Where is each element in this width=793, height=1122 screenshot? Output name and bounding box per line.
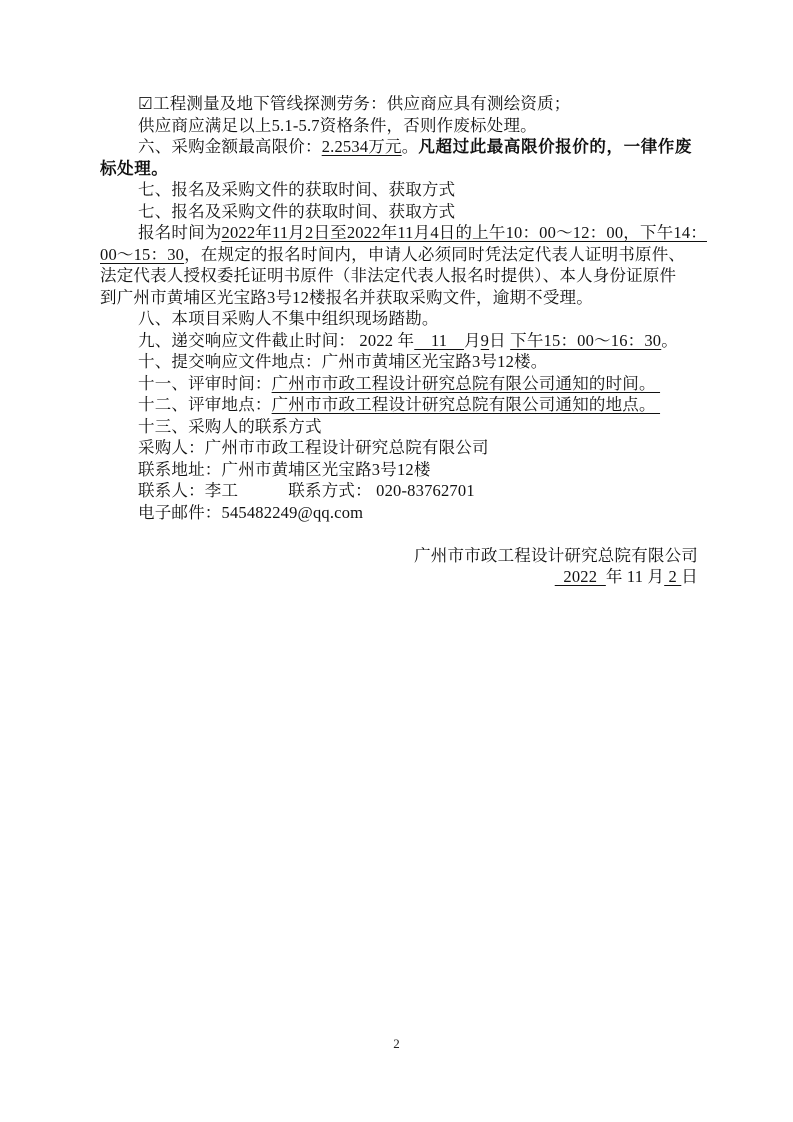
text-line: 十、提交响应文件地点：广州市黄埔区光宝路3号12楼。 [100,351,716,373]
text-run: 日 [681,567,698,586]
blank-line [100,523,716,545]
text-run: 到广州市黄埔区光宝路3号12楼报名并获取采购文件，逾期不受理。 [100,288,593,307]
text-run: 凡超过此最高限价报价的，一律作废 [418,137,692,156]
text-run: 联系人：李工 联系方式： 020-83762701 [138,481,475,500]
document-body: ☑工程测量及地下管线探测劳务：供应商应具有测绘资质；供应商应满足以上5.1-5.… [100,93,716,588]
text-run: 十二、评审地点： [138,395,272,414]
text-run: 九、递交响应文件截止时间： 2022 年 [138,331,414,350]
text-run: 广州市市政工程设计研究总院有限公司 [414,546,698,565]
text-line: 广州市市政工程设计研究总院有限公司 [100,545,716,567]
text-line: 六、采购金额最高限价：2.2534万元。凡超过此最高限价报价的，一律作废 [100,136,716,158]
text-line: 联系地址：广州市黄埔区光宝路3号12楼 [100,459,716,481]
text-run: 供应商应满足以上5.1-5.7资格条件，否则作废标处理。 [138,116,537,135]
text-run: 采购人：广州市市政工程设计研究总院有限公司 [138,438,489,457]
text-run: 00～15：30 [100,245,184,264]
text-run: 2.2534万元 [322,137,402,156]
text-run: 七、报名及采购文件的获取时间、获取方式 [138,180,455,199]
text-run: 2022年11月2日至2022年11月4日的上午10：00～12：00，下午14… [222,223,707,242]
text-line: 七、报名及采购文件的获取时间、获取方式 [100,201,716,223]
text-line: 2022 年 11 月 2 日 [100,566,716,588]
text-line: 法定代表人授权委托证明书原件（非法定代表人报名时提供）、本人身份证原件 [100,265,716,287]
text-line: 联系人：李工 联系方式： 020-83762701 [100,480,716,502]
text-run: 月 [464,331,481,350]
text-run: ，在规定的报名时间内，申请人必须同时凭法定代表人证明书原件、 [184,245,685,264]
text-line: 到广州市黄埔区光宝路3号12楼报名并获取采购文件，逾期不受理。 [100,287,716,309]
text-run: 十、提交响应文件地点：广州市黄埔区光宝路3号12楼。 [138,352,547,371]
text-line: 采购人：广州市市政工程设计研究总院有限公司 [100,437,716,459]
text-line: 十三、采购人的联系方式 [100,416,716,438]
text-run: 11 [414,331,464,350]
text-run: 2 [664,567,681,586]
text-line: 标处理。 [100,158,716,180]
text-line: 供应商应满足以上5.1-5.7资格条件，否则作废标处理。 [100,115,716,137]
text-run: 七、报名及采购文件的获取时间、获取方式 [138,202,455,221]
text-line: ☑工程测量及地下管线探测劳务：供应商应具有测绘资质； [100,93,716,115]
text-run: 十一、评审时间： [138,374,272,393]
text-run: 日 [489,331,510,350]
text-run: 八、本项目采购人不集中组织现场踏勘。 [138,309,439,328]
text-run: 联系地址：广州市黄埔区光宝路3号12楼 [138,460,431,479]
text-line: 九、递交响应文件截止时间： 2022 年 11 月9日 下午15：00～16：3… [100,330,716,352]
text-run: 2022 [555,567,606,586]
text-run: 9 [481,331,489,350]
text-run: 。 [402,137,419,156]
text-line: 报名时间为2022年11月2日至2022年11月4日的上午10：00～12：00… [100,222,716,244]
text-run: 六、采购金额最高限价： [138,137,322,156]
text-run: 标处理。 [100,159,168,178]
text-run: 下午15：00～16：30 [510,331,661,350]
text-run: 报名时间为 [138,223,222,242]
document-page: ☑工程测量及地下管线探测劳务：供应商应具有测绘资质；供应商应满足以上5.1-5.… [0,0,793,1122]
text-line: 七、报名及采购文件的获取时间、获取方式 [100,179,716,201]
text-run: 广州市市政工程设计研究总院有限公司通知的时间。 [272,374,660,393]
text-run: 年 11 月 [606,567,664,586]
text-run: 。 [661,331,678,350]
text-run: 广州市市政工程设计研究总院有限公司通知的地点。 [272,395,660,414]
text-run: 十三、采购人的联系方式 [138,417,322,436]
text-line: 00～15：30，在规定的报名时间内，申请人必须同时凭法定代表人证明书原件、 [100,244,716,266]
text-run: 电子邮件：545482249@qq.com [138,503,363,522]
text-run: 法定代表人授权委托证明书原件（非法定代表人报名时提供）、本人身份证原件 [100,266,676,285]
text-line: 电子邮件：545482249@qq.com [100,502,716,524]
text-line: 十一、评审时间：广州市市政工程设计研究总院有限公司通知的时间。 [100,373,716,395]
page-number: 2 [0,1036,793,1052]
text-run: 工程测量及地下管线探测劳务：供应商应具有测绘资质； [153,94,571,113]
checked-checkbox-icon: ☑ [138,94,153,113]
text-line: 八、本项目采购人不集中组织现场踏勘。 [100,308,716,330]
text-line: 十二、评审地点：广州市市政工程设计研究总院有限公司通知的地点。 [100,394,716,416]
